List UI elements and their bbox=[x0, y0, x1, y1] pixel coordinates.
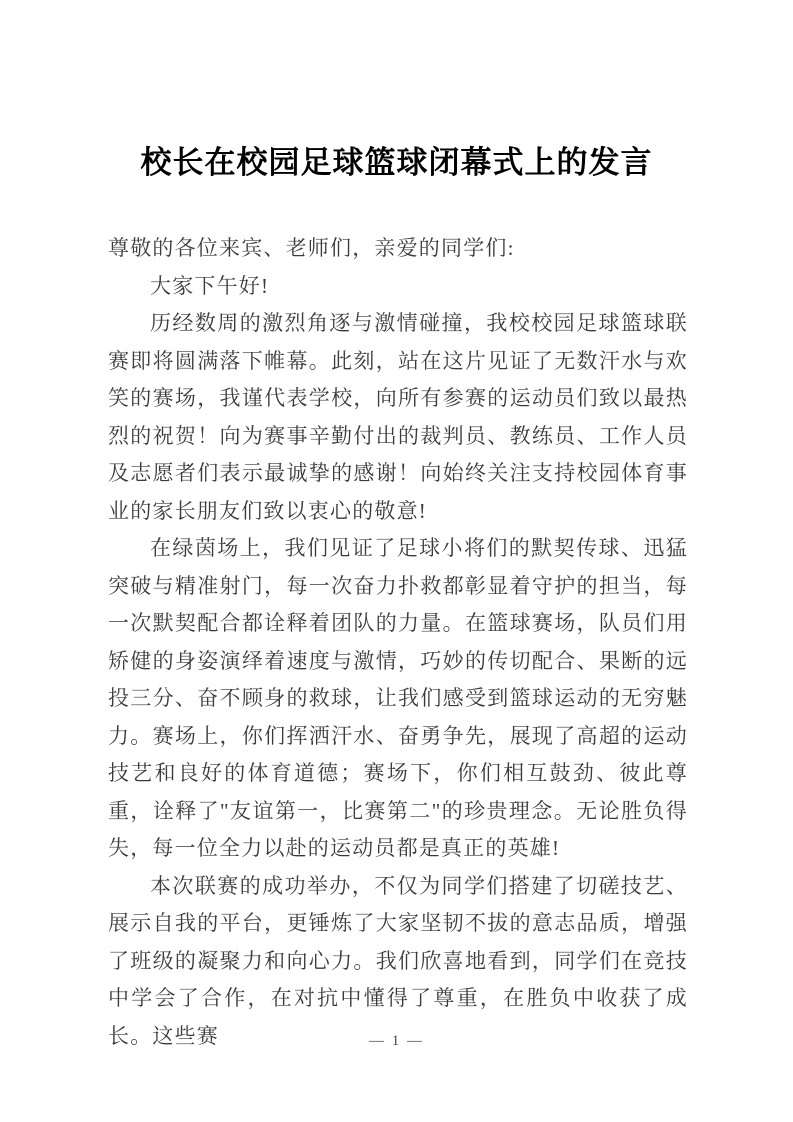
document-body: 尊敬的各位来宾、老师们，亲爱的同学们:大家下午好!历经数周的激烈角逐与激情碰撞，… bbox=[108, 230, 688, 1055]
document-title: 校长在校园足球篮球闭幕式上的发言 bbox=[0, 0, 793, 183]
page-number: — 1 — bbox=[369, 1033, 424, 1049]
page-footer: — 1 — bbox=[0, 1032, 793, 1050]
document-page: 校长在校园足球篮球闭幕式上的发言 尊敬的各位来宾、老师们，亲爱的同学们:大家下午… bbox=[0, 0, 793, 1122]
paragraph: 本次联赛的成功举办，不仅为同学们搭建了切磋技艺、展示自我的平台，更锤炼了大家坚韧… bbox=[108, 868, 688, 1056]
paragraph: 尊敬的各位来宾、老师们，亲爱的同学们: bbox=[108, 230, 688, 268]
paragraph: 大家下午好! bbox=[108, 268, 688, 306]
paragraph: 历经数周的激烈角逐与激情碰撞，我校校园足球篮球联赛即将圆满落下帷幕。此刻，站在这… bbox=[108, 305, 688, 530]
paragraph: 在绿茵场上，我们见证了足球小将们的默契传球、迅猛突破与精准射门，每一次奋力扑救都… bbox=[108, 530, 688, 868]
